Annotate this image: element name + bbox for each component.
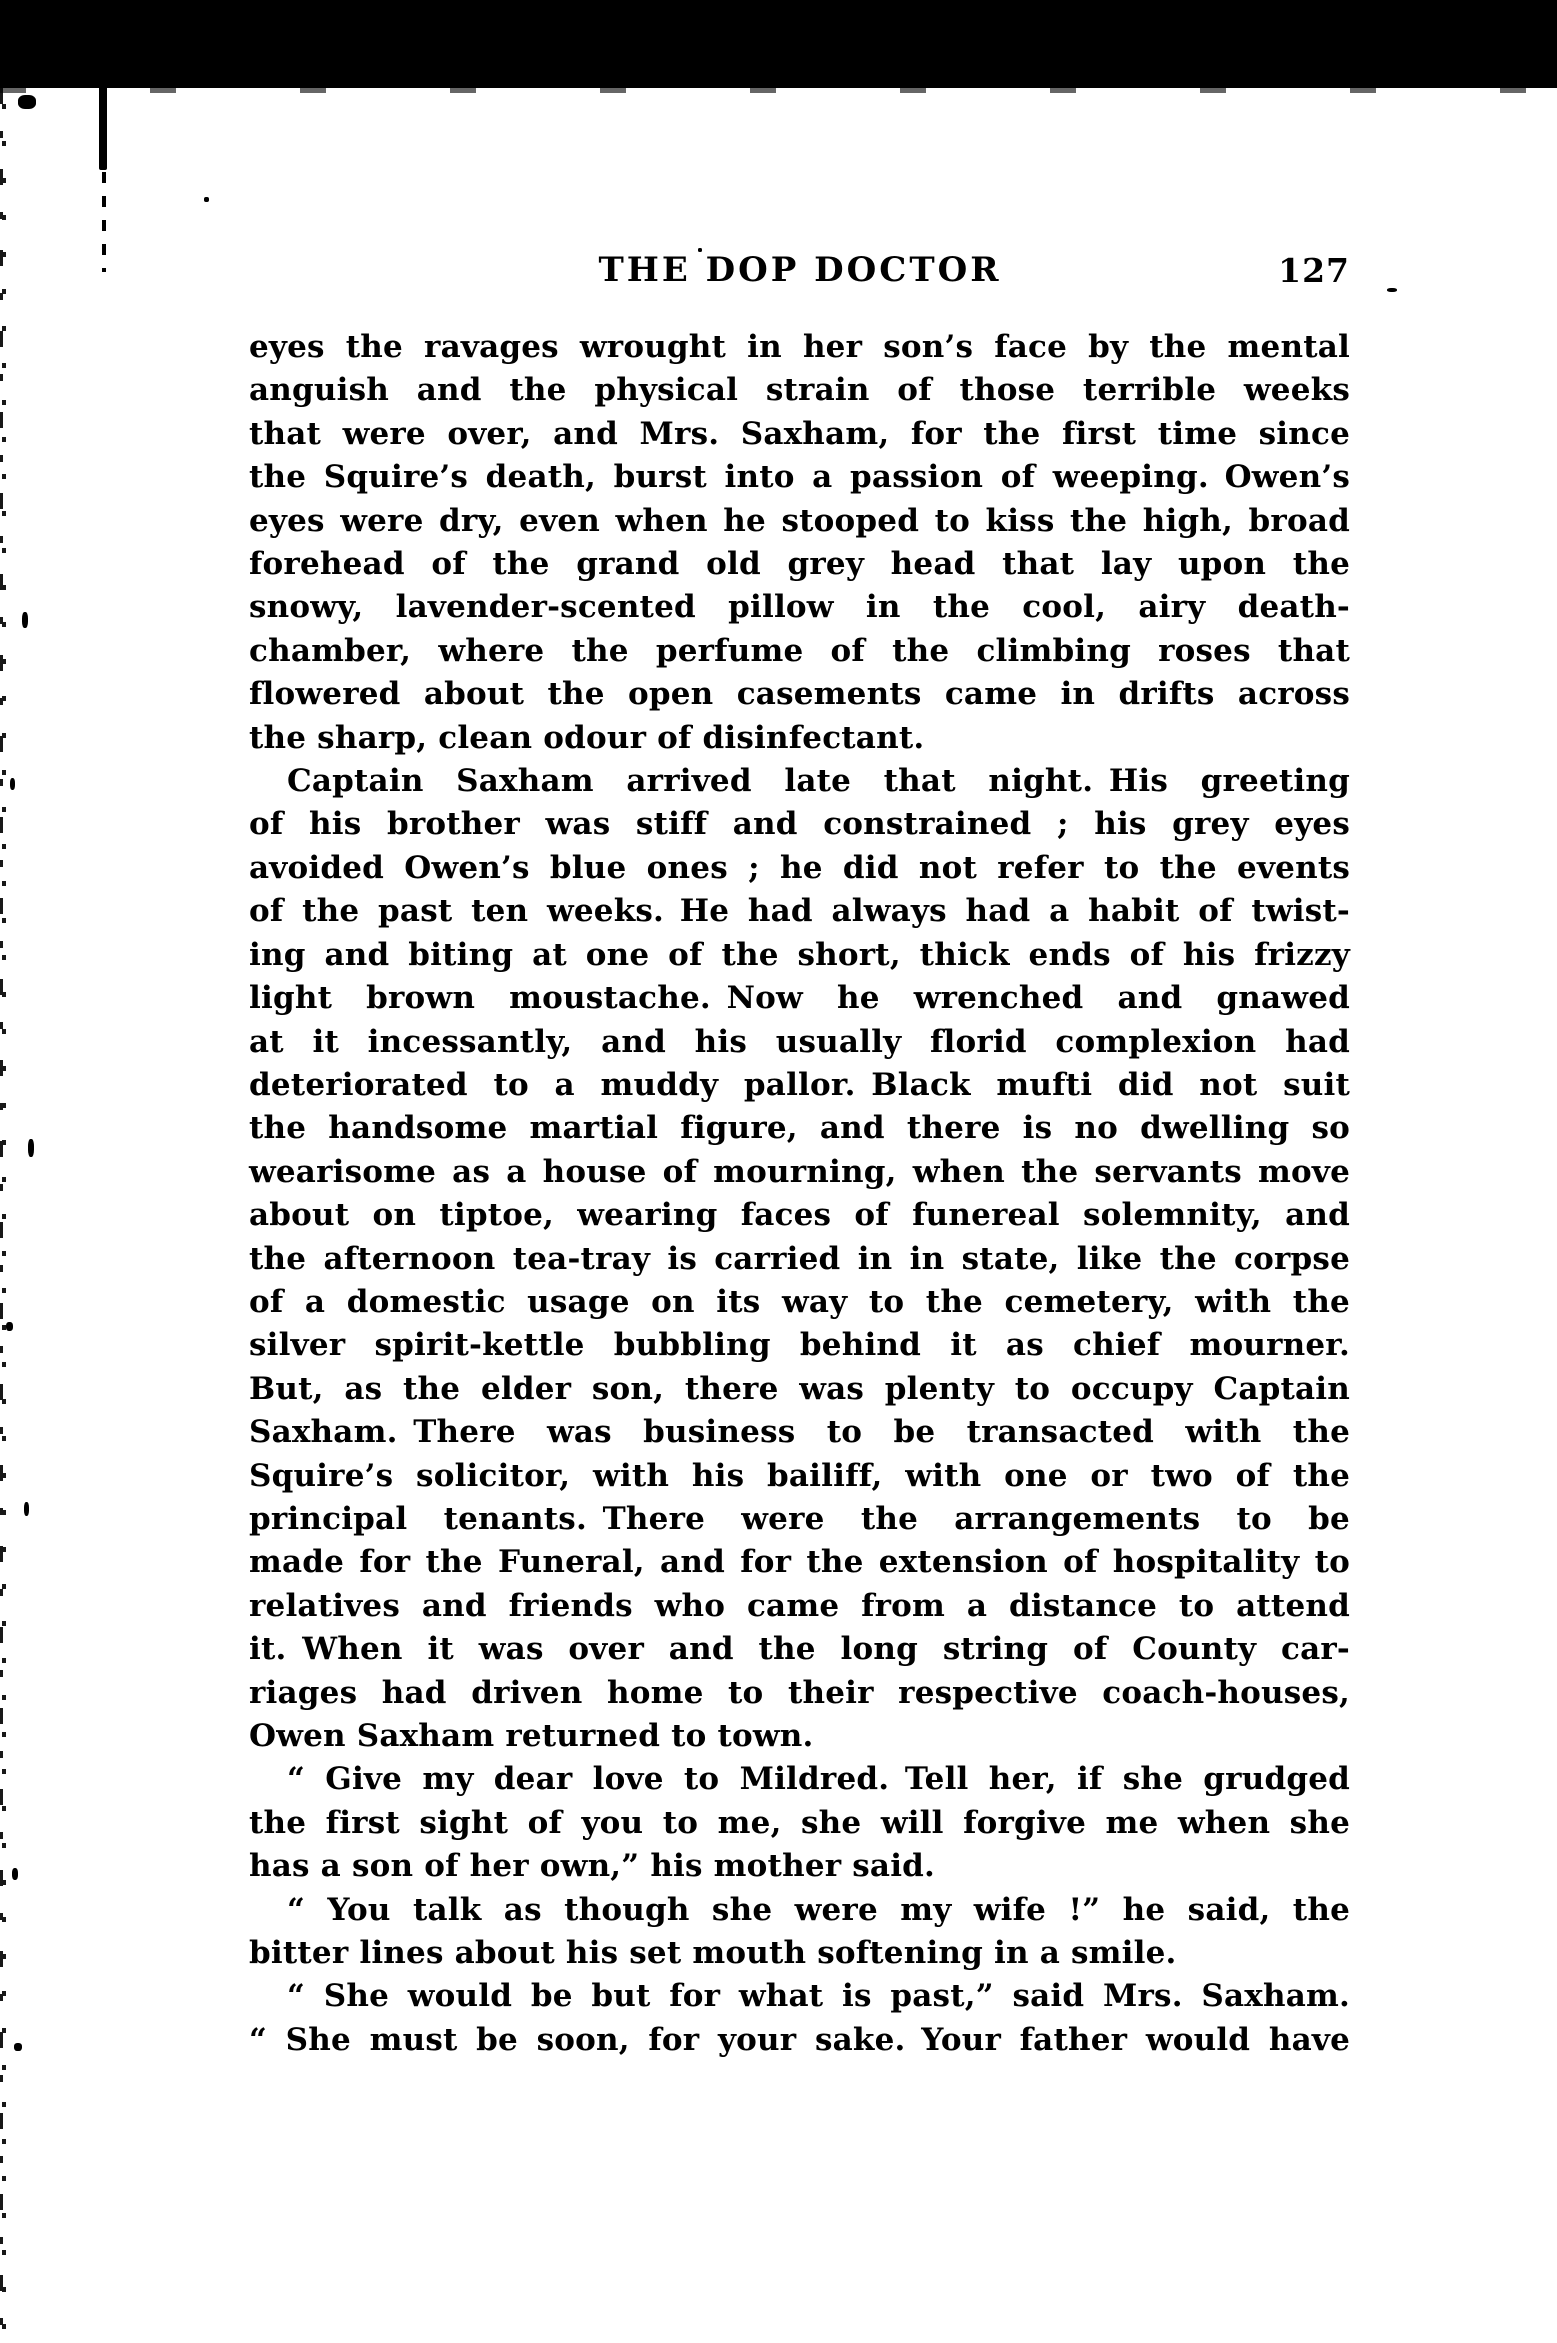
text-line: of a domestic usage on its way to the ce…: [249, 1281, 1350, 1324]
ink-speck: [204, 197, 209, 202]
text-line: of his brother was stiff and constrained…: [249, 803, 1350, 846]
text-line: principal tenants. There were the arrang…: [249, 1498, 1350, 1541]
ink-speck: [1387, 288, 1397, 292]
text-line: “ Give my dear love to Mildred. Tell her…: [249, 1758, 1350, 1801]
text-line: light brown moustache. Now he wrenched a…: [249, 977, 1350, 1020]
text-line: wearisome as a house of mourning, when t…: [249, 1151, 1350, 1194]
scan-left-edge-noise: [0, 88, 6, 2343]
text-line: the handsome martial figure, and there i…: [249, 1107, 1350, 1150]
text-line: Squire’s solicitor, with his bailiff, wi…: [249, 1455, 1350, 1498]
text-line: flowered about the open casements came i…: [249, 673, 1350, 716]
text-line: it. When it was over and the long string…: [249, 1628, 1350, 1671]
text-line: “ She must be soon, for your sake. Your …: [249, 2019, 1350, 2062]
scan-vertical-mark-dashes: [102, 172, 106, 272]
text-line: that were over, and Mrs. Saxham, for the…: [249, 413, 1350, 456]
ink-speck: [24, 1502, 29, 1516]
text-block: eyes the ravages wrought in her son’s fa…: [249, 326, 1350, 2062]
text-line: the sharp, clean odour of disinfectant.: [249, 717, 1350, 760]
page-header: THE DOP DOCTOR 127: [250, 250, 1350, 296]
ink-speck: [12, 1868, 18, 1880]
text-line: made for the Funeral, and for the extens…: [249, 1541, 1350, 1584]
text-line: eyes were dry, even when he stooped to k…: [249, 500, 1350, 543]
text-line: deteriorated to a muddy pallor. Black mu…: [249, 1064, 1350, 1107]
ink-speck: [10, 778, 15, 790]
page-number: 127: [1278, 251, 1350, 290]
text-line: the first sight of you to me, she will f…: [249, 1802, 1350, 1845]
text-line: of the past ten weeks. He had always had…: [249, 890, 1350, 933]
text-line: avoided Owen’s blue ones ; he did not re…: [249, 847, 1350, 890]
text-line: “ She would be but for what is past,” sa…: [249, 1975, 1350, 2018]
text-line: ing and biting at one of the short, thic…: [249, 934, 1350, 977]
text-line: the afternoon tea-tray is carried in in …: [249, 1238, 1350, 1281]
text-line: Owen Saxham returned to town.: [249, 1715, 1350, 1758]
scanned-book-page: THE DOP DOCTOR 127 eyes the ravages wrou…: [0, 0, 1557, 2343]
ink-speck: [22, 612, 28, 628]
text-line: bitter lines about his set mouth softeni…: [249, 1932, 1350, 1975]
running-head-title: THE DOP DOCTOR: [250, 250, 1350, 290]
text-line: the Squire’s death, burst into a passion…: [249, 456, 1350, 499]
text-line: “ You talk as though she were my wife !”…: [249, 1889, 1350, 1932]
ink-speck: [28, 1139, 34, 1157]
text-line: Captain Saxham arrived late that night. …: [249, 760, 1350, 803]
text-line: Saxham. There was business to be transac…: [249, 1411, 1350, 1454]
ink-speck: [18, 95, 36, 109]
text-line: relatives and friends who came from a di…: [249, 1585, 1350, 1628]
text-line: chamber, where the perfume of the climbi…: [249, 630, 1350, 673]
text-line: at it incessantly, and his usually flori…: [249, 1021, 1350, 1064]
scan-black-bar: [0, 0, 1557, 88]
ink-speck: [14, 2043, 22, 2051]
text-line: about on tiptoe, wearing faces of funere…: [249, 1194, 1350, 1237]
text-line: But, as the elder son, there was plenty …: [249, 1368, 1350, 1411]
text-line: silver spirit-kettle bubbling behind it …: [249, 1324, 1350, 1367]
text-line: forehead of the grand old grey head that…: [249, 543, 1350, 586]
text-line: eyes the ravages wrought in her son’s fa…: [249, 326, 1350, 369]
text-line: anguish and the physical strain of those…: [249, 369, 1350, 412]
scan-vertical-mark: [99, 86, 107, 170]
text-line: riages had driven home to their respecti…: [249, 1672, 1350, 1715]
scan-black-bar-ragged-edge: [0, 88, 1557, 93]
ink-speck: [6, 1322, 13, 1331]
text-line: has a son of her own,” his mother said.: [249, 1845, 1350, 1888]
text-line: snowy, lavender-scented pillow in the co…: [249, 586, 1350, 629]
